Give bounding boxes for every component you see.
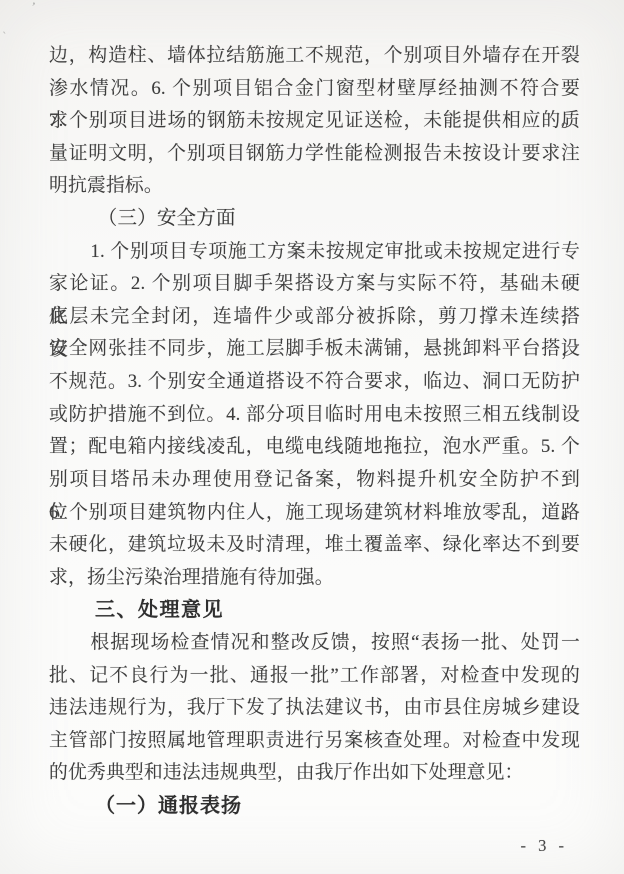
text-line: 不规范。3. 个别安全通道搭设不符合要求，临边、洞口无防护 xyxy=(49,366,580,399)
text-line: 或防护措施不到位。4. 部分项目临时用电未按照三相五线制设 xyxy=(49,399,580,432)
text-line: 三、处理意见 xyxy=(49,594,580,627)
text-line: 违法违规行为，我厅下发了执法建议书，由市县住房城乡建设 xyxy=(49,692,580,725)
text-line: 边，构造柱、墙体拉结筋施工不规范，个别项目外墙存在开裂 xyxy=(49,40,580,73)
text-line: 求，扬尘污染治理措施有待加强。 xyxy=(49,562,580,595)
text-line: （三）安全方面 xyxy=(49,203,580,236)
scanned-document-page: ’ ˏ 边，构造柱、墙体拉结筋施工不规范，个别项目外墙存在开裂渗水情况。6. 个… xyxy=(0,0,624,874)
text-line: 主管部门按照属地管理职责进行另案核查处理。对检查中发现 xyxy=(49,725,580,758)
text-line: 别项目塔吊未办理使用登记备案，物料提升机安全防护不到位。 xyxy=(49,464,580,497)
document-body-text: 边，构造柱、墙体拉结筋施工不规范，个别项目外墙存在开裂渗水情况。6. 个别项目铝… xyxy=(49,40,580,823)
text-line: 根据现场检查情况和整改反馈，按照“表扬一批、处罚一 xyxy=(49,627,580,660)
text-line: 渗水情况。6. 个别项目铝合金门窗型材壁厚经抽测不符合要求。 xyxy=(49,73,580,106)
text-line: 置；配电箱内接线凌乱，电缆电线随地拖拉，泡水严重。5. 个 xyxy=(49,431,580,464)
page-number: - 3 - xyxy=(521,836,569,856)
text-line: 明抗震指标。 xyxy=(49,170,580,203)
text-line: 量证明文明，个别项目钢筋力学性能检测报告未按设计要求注 xyxy=(49,138,580,171)
scan-smudge-mark: ’ xyxy=(30,0,37,13)
text-line: 家论证。2. 个别项目脚手架搭设方案与实际不符，基础未硬化， xyxy=(49,268,580,301)
text-line: 底层未完全封闭，连墙件少或部分被拆除，剪刀撑未连续搭设， xyxy=(49,301,580,334)
scan-smudge-mark: ˏ xyxy=(2,20,8,33)
text-line: （一）通报表扬 xyxy=(49,790,580,823)
text-line: 7. 个别项目进场的钢筋未按规定见证送检，未能提供相应的质 xyxy=(49,105,580,138)
text-line: 未硬化，建筑垃圾未及时清理，堆土覆盖率、绿化率达不到要 xyxy=(49,529,580,562)
text-line: 1. 个别项目专项施工方案未按规定审批或未按规定进行专 xyxy=(49,236,580,269)
text-line: 的优秀典型和违法违规典型，由我厅作出如下处理意见： xyxy=(49,757,580,790)
text-line: 批、记不良行为一批、通报一批”工作部署，对检查中发现的 xyxy=(49,660,580,693)
text-line: 安全网张挂不同步，施工层脚手板未满铺，悬挑卸料平台搭设 xyxy=(49,333,580,366)
text-line: 6. 个别项目建筑物内住人，施工现场建筑材料堆放零乱，道路 xyxy=(49,497,580,530)
